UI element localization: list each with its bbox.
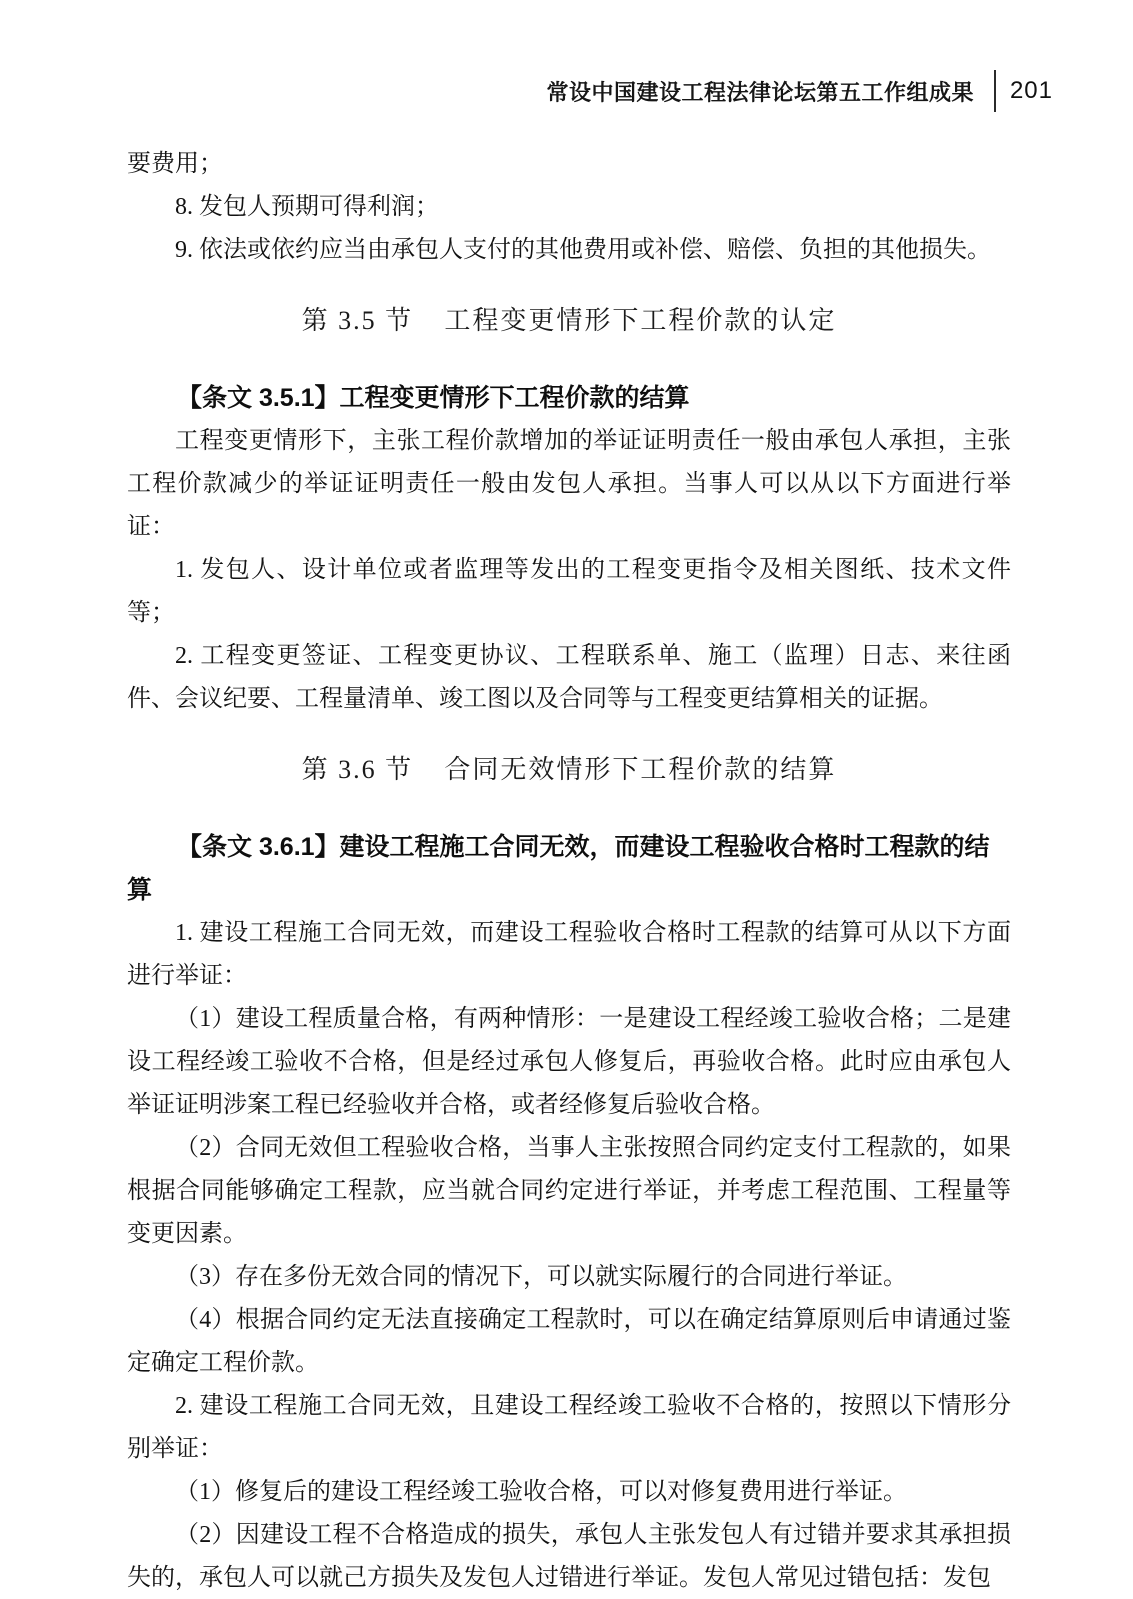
section-title: 工程变更情形下工程价款的认定 [444,306,836,335]
paragraph: 工程变更情形下，主张工程价款增加的举证证明责任一般由承包人承担，主张工程价款减少… [127,420,1011,549]
section-label: 第 3.5 节 [302,306,414,335]
paragraph-subitem-1: （1）修复后的建设工程经竣工验收合格，可以对修复费用进行举证。 [127,1471,1011,1514]
section-heading-3-6: 第 3.6 节合同无效情形下工程价款的结算 [127,748,1011,792]
paragraph-continuation: 要费用； [127,143,1011,186]
paragraph-item-2: 2. 建设工程施工合同无效，且建设工程经竣工验收不合格的，按照以下情形分别举证： [127,1385,1011,1471]
paragraph-item-2: 2. 工程变更签证、工程变更协议、工程联系单、施工（监理）日志、来往函件、会议纪… [127,635,1011,721]
paragraph-item-8: 8. 发包人预期可得利润； [127,186,1011,229]
body-text-column: 要费用； 8. 发包人预期可得利润； 9. 依法或依约应当由承包人支付的其他费用… [127,143,1011,1599]
page-number: 201 [1010,77,1053,105]
paragraph-item-1: 1. 发包人、设计单位或者监理等发出的工程变更指令及相关图纸、技术文件等； [127,549,1011,635]
section-heading-3-5: 第 3.5 节工程变更情形下工程价款的认定 [127,299,1011,343]
section-label: 第 3.6 节 [302,755,414,784]
paragraph-subitem-2: （2）因建设工程不合格造成的损失，承包人主张发包人有过错并要求其承担损失的，承包… [127,1514,1011,1599]
running-header: 常设中国建设工程法律论坛第五工作组成果 201 [0,68,1053,114]
article-heading-3-6-1: 【条文 3.6.1】建设工程施工合同无效，而建设工程验收合格时工程款的结算 [127,826,1011,912]
header-divider [994,70,996,112]
document-page: 常设中国建设工程法律论坛第五工作组成果 201 要费用； 8. 发包人预期可得利… [0,0,1133,1599]
running-title: 常设中国建设工程法律论坛第五工作组成果 [546,76,974,107]
paragraph-subitem-1: （1）建设工程质量合格，有两种情形：一是建设工程经竣工验收合格；二是建设工程经竣… [127,998,1011,1127]
paragraph-subitem-3: （3）存在多份无效合同的情况下，可以就实际履行的合同进行举证。 [127,1256,1011,1299]
paragraph-item-1: 1. 建设工程施工合同无效，而建设工程验收合格时工程款的结算可从以下方面进行举证… [127,912,1011,998]
paragraph-subitem-2: （2）合同无效但工程验收合格，当事人主张按照合同约定支付工程款的，如果根据合同能… [127,1127,1011,1256]
section-title: 合同无效情形下工程价款的结算 [444,755,836,784]
paragraph-item-9: 9. 依法或依约应当由承包人支付的其他费用或补偿、赔偿、负担的其他损失。 [127,229,1011,272]
paragraph-subitem-4: （4）根据合同约定无法直接确定工程款时，可以在确定结算原则后申请通过鉴定确定工程… [127,1299,1011,1385]
article-heading-3-5-1: 【条文 3.5.1】工程变更情形下工程价款的结算 [127,377,1011,420]
